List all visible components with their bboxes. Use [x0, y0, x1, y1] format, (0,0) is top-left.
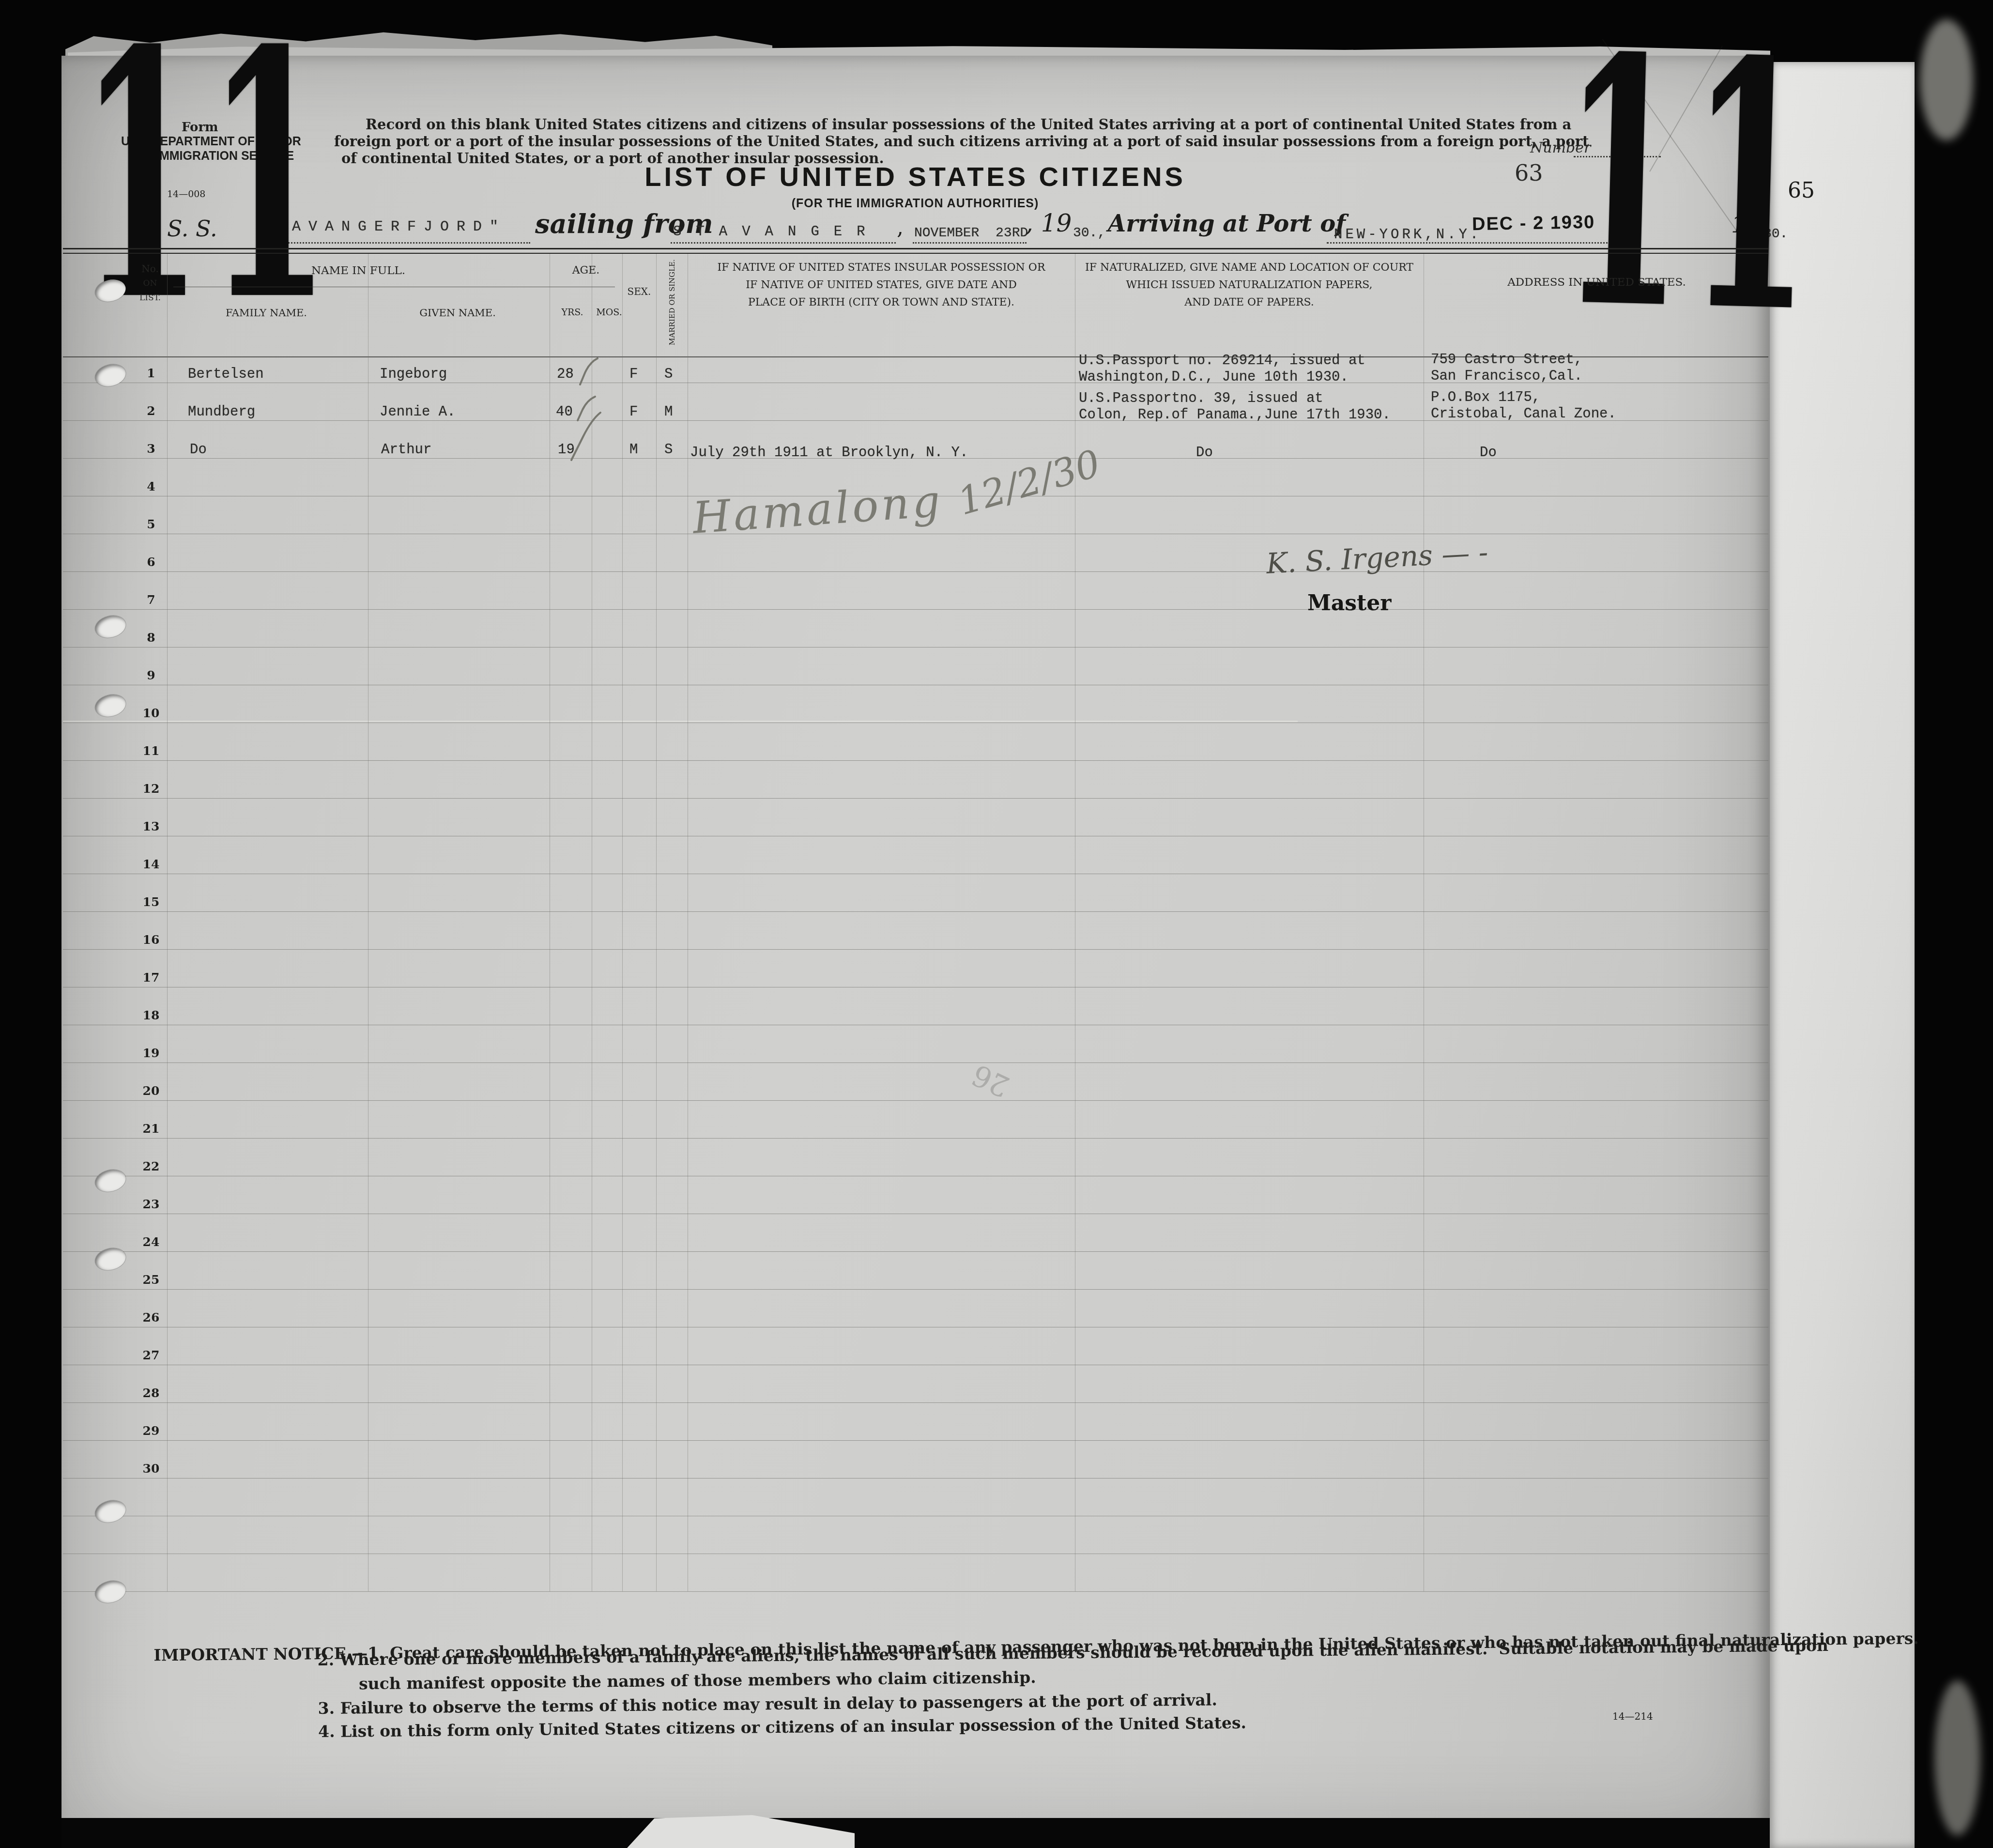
comma-printed: ,: [897, 215, 904, 240]
table-column-line: [688, 254, 688, 1591]
cell-naturalization: U.S.Passportno. 39, issued at: [1079, 390, 1323, 406]
row-number: 18: [132, 1008, 170, 1022]
table-row-line: [63, 1100, 1768, 1101]
departure-year: 30.,: [1073, 226, 1105, 241]
form-number-stamp-right: 11: [1559, 59, 1821, 313]
col-header-yrs: YRS.: [552, 307, 593, 318]
cell-family-name: Do: [190, 442, 207, 458]
print-code-bottom: 14—214: [1612, 1710, 1653, 1722]
scan-edge-artifact: [1920, 19, 1973, 140]
table-row-line: [63, 1063, 1768, 1063]
row-number: 8: [132, 631, 170, 645]
cell-birth: July 29th 1911 at Brooklyn, N. Y.: [690, 445, 968, 461]
arriving-label: Arriving at Port of: [1108, 210, 1346, 237]
table-row-line: [63, 760, 1768, 761]
col-header-family-name: FAMILY NAME.: [194, 307, 339, 319]
page-subtitle: (FOR THE IMMIGRATION AUTHORITIES): [792, 197, 1039, 211]
instructions-line2: foreign port or a port of the insular po…: [334, 133, 1589, 150]
notice-item-3: 3. Failure to observe the terms of this …: [318, 1690, 1217, 1718]
row-number: 26: [132, 1310, 170, 1324]
page-title: LIST OF UNITED STATES CITIZENS: [644, 161, 1185, 192]
table-row-line: [63, 836, 1768, 836]
row-number: 2: [132, 404, 170, 418]
cell-address: P.O.Box 1175,: [1431, 389, 1540, 405]
row-number: 10: [132, 706, 170, 720]
cell-given-name: Jennie A.: [380, 404, 456, 420]
row-number: 27: [132, 1348, 170, 1362]
row-number: 1: [132, 366, 170, 380]
table-row-line: [63, 911, 1768, 912]
table-row-line: [63, 1478, 1768, 1478]
pencil-checkmark: [577, 356, 599, 387]
table-column-line: [550, 254, 550, 1591]
row-number: 25: [132, 1273, 170, 1287]
cell-age-years: 28: [557, 366, 574, 382]
table-column-line: [167, 254, 168, 1591]
table-row-line: [63, 1402, 1768, 1403]
col-header-married-or-single: MARRIED OR SINGLE.: [668, 256, 676, 348]
col-header-no: LIST.: [131, 293, 169, 303]
row-number: 23: [132, 1197, 170, 1211]
table-row-line: [63, 534, 1768, 534]
col-header-naturalized: IF NATURALIZED, GIVE NAME AND LOCATION O…: [1080, 262, 1419, 274]
col-header-naturalized: AND DATE OF PAPERS.: [1080, 296, 1419, 308]
table-column-line: [1424, 254, 1424, 1591]
col-header-insular: PLACE OF BIRTH (CITY OR TOWN AND STATE).: [692, 296, 1070, 308]
table-row-line: [63, 1176, 1768, 1176]
form-number-stamp-left: 11: [80, 53, 335, 300]
row-number: 3: [132, 442, 170, 456]
cell-naturalization: Colon, Rep.of Panama.,June 17th 1930.: [1079, 407, 1391, 423]
table-column-line: [622, 254, 623, 1591]
table-row-line: [63, 1516, 1768, 1516]
table-row-line: [63, 609, 1768, 610]
table-row-line: [63, 723, 1768, 723]
important-notice: IMPORTANT NOTICE.—1. Great care should b…: [120, 1611, 1778, 1763]
table-column-line: [656, 254, 657, 1591]
cell-address: Do: [1480, 445, 1497, 461]
row-number: 16: [132, 933, 170, 947]
row-number: 13: [132, 819, 170, 833]
col-header-insular: IF NATIVE OF UNITED STATES, GIVE DATE AN…: [692, 279, 1070, 291]
col-header-mos: MOS.: [589, 307, 629, 318]
col-header-address: ADDRESS IN UNITED STATES.: [1428, 276, 1765, 289]
cell-address: Cristobal, Canal Zone.: [1431, 406, 1616, 422]
table-row-line: [63, 798, 1768, 799]
table-column-line: [368, 254, 368, 1591]
row-number: 17: [132, 970, 170, 985]
col-header-age: AGE.: [552, 264, 620, 277]
cell-sex: F: [629, 404, 638, 420]
cell-naturalization: Do: [1196, 445, 1213, 461]
cell-address: San Francisco,Cal.: [1431, 368, 1582, 384]
col-header-naturalized: WHICH ISSUED NATURALIZATION PAPERS,: [1080, 279, 1419, 291]
table-row-line: [63, 1251, 1768, 1252]
table-row-line: [63, 1138, 1768, 1139]
document-scan: 65 Form U. S. DEPARTMENT OF LABOR IMMIGR…: [0, 0, 1993, 1848]
row-number: 5: [132, 517, 170, 531]
instructions-line1: Record on this blank United States citiz…: [366, 116, 1571, 133]
row-number: 6: [132, 555, 170, 569]
cell-family-name: Mundberg: [188, 404, 255, 420]
row-number: 24: [132, 1235, 170, 1249]
header-rule: [63, 248, 1768, 249]
table-row-line: [63, 949, 1768, 950]
master-label: Master: [1307, 591, 1392, 616]
cell-address: 759 Castro Street,: [1431, 352, 1582, 368]
table-row-line: [63, 1025, 1768, 1025]
col-header-sex: SEX.: [620, 286, 659, 297]
table-row-line: [63, 571, 1768, 572]
row-number: 9: [132, 668, 170, 682]
col-header-name-in-full: NAME IN FULL.: [213, 264, 504, 277]
row-number: 21: [132, 1122, 170, 1136]
port-of-arrival: NEW-YORK,N.Y.: [1334, 227, 1481, 243]
table-row-line: [63, 1440, 1768, 1441]
cell-married-or-single: M: [664, 404, 673, 420]
cell-naturalization: Washington,D.C., June 10th 1930.: [1079, 369, 1349, 385]
col-header-no: No.: [131, 263, 169, 275]
col-header-no: ON: [131, 278, 169, 288]
departure-date: NOVEMBER 23RD: [914, 226, 1028, 241]
pencil-checkmark: [569, 410, 603, 463]
scan-bottom-edge: [61, 1818, 1770, 1848]
departure-date-line: [913, 242, 1027, 244]
row-number: 14: [132, 857, 170, 871]
row-number: 19: [132, 1046, 170, 1060]
row-number: 4: [132, 479, 170, 493]
table-row-line: [63, 987, 1768, 987]
cell-naturalization: U.S.Passport no. 269214, issued at: [1079, 353, 1365, 369]
table-row-line: [63, 647, 1768, 647]
cell-sex: F: [629, 366, 638, 382]
row-number: 22: [132, 1159, 170, 1173]
row-number: 11: [132, 744, 170, 758]
port-of-departure: STAVANGER: [673, 224, 880, 240]
row-number: 28: [132, 1386, 170, 1400]
cell-given-name: Ingeborg: [380, 366, 447, 382]
name-header-underline: [173, 287, 615, 287]
cell-married-or-single: S: [664, 442, 673, 458]
number-value: 63: [1515, 160, 1543, 186]
header-rule: [63, 253, 1768, 254]
row-number: 12: [132, 782, 170, 796]
row-number: 20: [132, 1084, 170, 1098]
table-row-line: [63, 1554, 1768, 1554]
table-row-line: [63, 1289, 1768, 1290]
cell-sex: M: [629, 442, 638, 458]
row-number: 30: [132, 1462, 170, 1476]
cell-family-name: Bertelsen: [188, 366, 264, 382]
table-row-line: [63, 1327, 1768, 1327]
scan-edge-artifact: [1934, 1680, 1980, 1835]
row-number: 29: [132, 1424, 170, 1438]
row-number: 7: [132, 593, 170, 607]
paper-fold-crease: [63, 721, 1298, 722]
table-row-line: [63, 1591, 1768, 1592]
table-row-line: [63, 874, 1768, 874]
cell-given-name: Arthur: [381, 442, 431, 458]
col-header-insular: IF NATIVE OF UNITED STATES INSULAR POSSE…: [692, 262, 1070, 274]
table-row-line: [63, 685, 1768, 685]
col-header-given-name: GIVEN NAME.: [385, 307, 530, 319]
notice-item-4: 4. List on this form only United States …: [318, 1713, 1246, 1741]
table-row-line: [63, 1365, 1768, 1365]
year-printed: , 19: [1026, 209, 1072, 237]
cell-married-or-single: S: [664, 366, 673, 382]
row-number: 15: [132, 895, 170, 909]
departure-port-line: [671, 242, 896, 244]
table-row-line: [63, 1214, 1768, 1214]
